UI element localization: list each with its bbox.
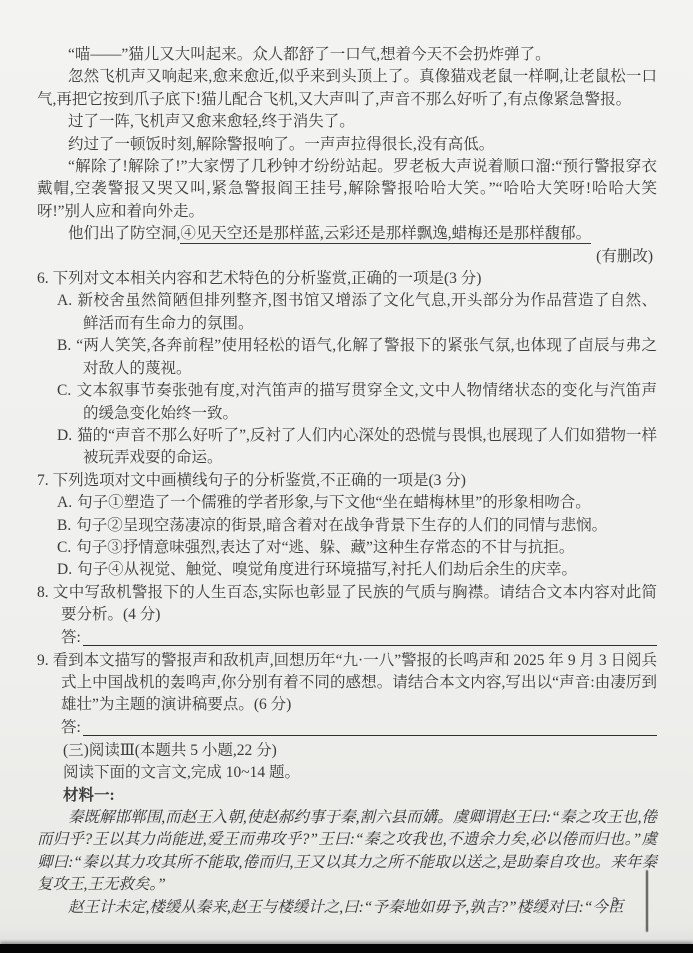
question-7-option-c: C.句子③抒情意味强烈,表达了对“逃、躲、藏”这种生存常态的不甘与抗拒。 (37, 537, 657, 559)
scan-edge-artifact (646, 870, 648, 932)
passage-final-paragraph: 他们出了防空洞,④见天空还是那样蓝,云彩还是那样飘逸,蜡梅还是那样馥郁。 (37, 223, 657, 245)
option-text: 文本叙事节奏张弛有度,对汽笛声的描写贯穿全文,文中人物情绪状态的变化与汽笛声的缓… (76, 382, 657, 421)
answer-blank-line (83, 717, 657, 736)
question-8-stem: 8.文中写敌机警报下的人生百态,实际也彰显了民族的气质与胸襟。请结合文本内容对此… (37, 582, 657, 627)
option-text: 猫的“声音不那么好听了”,反衬了人们内心深处的恐慌与畏惧,也展现了人们如猎物一样… (77, 427, 657, 466)
question-6-number: 6. (37, 270, 53, 287)
section-3-instruction: 阅读下面的文言文,完成 10~14 题。 (37, 762, 657, 784)
passage-paragraph: “解除了!解除了!”大家愣了几秒钟才纷纷站起。罗老板大声说着顺口溜:“预行警报穿… (37, 156, 657, 223)
question-7-option-b: B.句子②呈现空荡凄凉的街景,暗含着对在战争背景下生存的人们的同情与悲悯。 (37, 515, 657, 537)
option-label: D. (57, 427, 77, 444)
material-1-label: 材料一: (37, 785, 657, 807)
question-7-number: 7. (37, 472, 53, 489)
option-label: C. (57, 382, 76, 399)
question-7-option-d: D.句子④从视觉、触觉、嗅觉角度进行环境描写,衬托人们劫后余生的庆幸。 (37, 559, 657, 581)
answer-blank-line (83, 627, 657, 646)
question-9-stem: 9.看到本文描写的警报声和敌机声,回想历年“九·一八”警报的长鸣声和 2025 … (37, 650, 657, 717)
question-9-answer-row: 答: (37, 717, 657, 740)
question-7-text: 下列选项对文中画横线句子的分析鉴赏,不正确的一项是(3 分) (53, 472, 466, 489)
question-6-option-a: A.新校舍虽然简陋但排列整齐,图书馆又增添了文化气息,开头部分为作品营造了自然、… (37, 290, 657, 335)
answer-label: 答: (61, 717, 81, 739)
option-text: 新校舍虽然简陋但排列整齐,图书馆又增添了文化气息,开头部分为作品营造了自然、鲜活… (77, 292, 657, 331)
option-label: C. (57, 539, 76, 556)
option-text: 句子②呈现空荡凄凉的街景,暗含着对在战争背景下生存的人们的同情与悲悯。 (76, 517, 607, 534)
option-label: A. (57, 494, 77, 511)
underlined-sentence-4: ④见天空还是那样蓝,云彩还是那样飘逸,蜡梅还是那样馥郁。 (180, 225, 591, 244)
question-6-stem: 6.下列对文本相关内容和艺术特色的分析鉴赏,正确的一项是(3 分) (37, 268, 657, 290)
question-6-option-d: D.猫的“声音不那么好听了”,反衬了人们内心深处的恐慌与畏惧,也展现了人们如猎物… (37, 425, 657, 470)
option-label: A. (57, 292, 77, 309)
exam-page: “喵——”猫儿又大叫起来。众人都舒了一口气,想着今天不会扔炸弹了。 忽然飞机声又… (0, 0, 693, 953)
passage-paragraph: “喵——”猫儿又大叫起来。众人都舒了一口气,想着今天不会扔炸弹了。 (37, 44, 657, 66)
scan-bottom-band (0, 944, 693, 953)
passage-final-prefix: 他们出了防空洞, (68, 225, 180, 242)
passage-paragraph: 忽然飞机声又响起来,愈来愈近,似乎来到头顶上了。真像猫戏老鼠一样啊,让老鼠松一口… (37, 66, 657, 111)
classical-paragraph: 秦既解邯郸围,而赵王入朝,使赵郝约事于秦,割六县而媾。虞卿谓赵王曰:“秦之攻王也… (37, 807, 657, 897)
option-text: 句子①塑造了一个儒雅的学者形象,与下文他“坐在蜡梅林里”的形象相吻合。 (77, 494, 591, 511)
option-label: B. (57, 337, 76, 354)
question-6-option-c: C.文本叙事节奏张弛有度,对汽笛声的描写贯穿全文,文中人物情绪状态的变化与汽笛声… (37, 380, 657, 425)
option-text: “两人笑笑,各奔前程”使用轻松的语气,化解了警报下的紧张气氛,也体现了卣辰与弗之… (76, 337, 657, 376)
question-8-text: 文中写敌机警报下的人生百态,实际也彰显了民族的气质与胸襟。请结合文本内容对此简要… (53, 584, 657, 623)
question-7-stem: 7.下列选项对文中画横线句子的分析鉴赏,不正确的一项是(3 分) (37, 470, 657, 492)
question-9-text: 看到本文描写的警报声和敌机声,回想历年“九·一八”警报的长鸣声和 2025 年 … (53, 652, 657, 714)
question-8-number: 8. (37, 584, 53, 601)
page-content: “喵——”猫儿又大叫起来。众人都舒了一口气,想着今天不会扔炸弹了。 忽然飞机声又… (37, 44, 657, 919)
passage-paragraph: 约过了一顿饭时刻,解除警报响了。一声声拉得很长,没有高低。 (37, 134, 657, 156)
option-text: 句子④从视觉、触觉、嗅觉角度进行环境描写,衬托人们劫后余生的庆幸。 (77, 561, 577, 578)
classical-paragraph: 赵王计未定,楼缓从秦来,赵王与楼缓计之,曰:“予秦地如毋予,孰吉?”楼缓对曰:“… (37, 897, 657, 919)
section-3-heading: (三)阅读Ⅲ(本题共 5 小题,22 分) (37, 740, 657, 762)
question-9-number: 9. (37, 652, 53, 669)
question-7-option-a: A.句子①塑造了一个儒雅的学者形象,与下文他“坐在蜡梅林里”的形象相吻合。 (37, 492, 657, 514)
page-number: 3 (612, 894, 619, 910)
source-note: (有删改) (37, 246, 657, 268)
answer-label: 答: (61, 627, 81, 649)
passage-paragraph: 过了一阵,飞机声又愈来愈轻,终于消失了。 (37, 111, 657, 133)
option-text: 句子③抒情意味强烈,表达了对“逃、躲、藏”这种生存常态的不甘与抗拒。 (76, 539, 574, 556)
question-6-option-b: B.“两人笑笑,各奔前程”使用轻松的语气,化解了警报下的紧张气氛,也体现了卣辰与… (37, 335, 657, 380)
option-label: D. (57, 561, 77, 578)
question-8-answer-row: 答: (37, 627, 657, 650)
question-6-text: 下列对文本相关内容和艺术特色的分析鉴赏,正确的一项是(3 分) (53, 270, 482, 287)
option-label: B. (57, 517, 76, 534)
